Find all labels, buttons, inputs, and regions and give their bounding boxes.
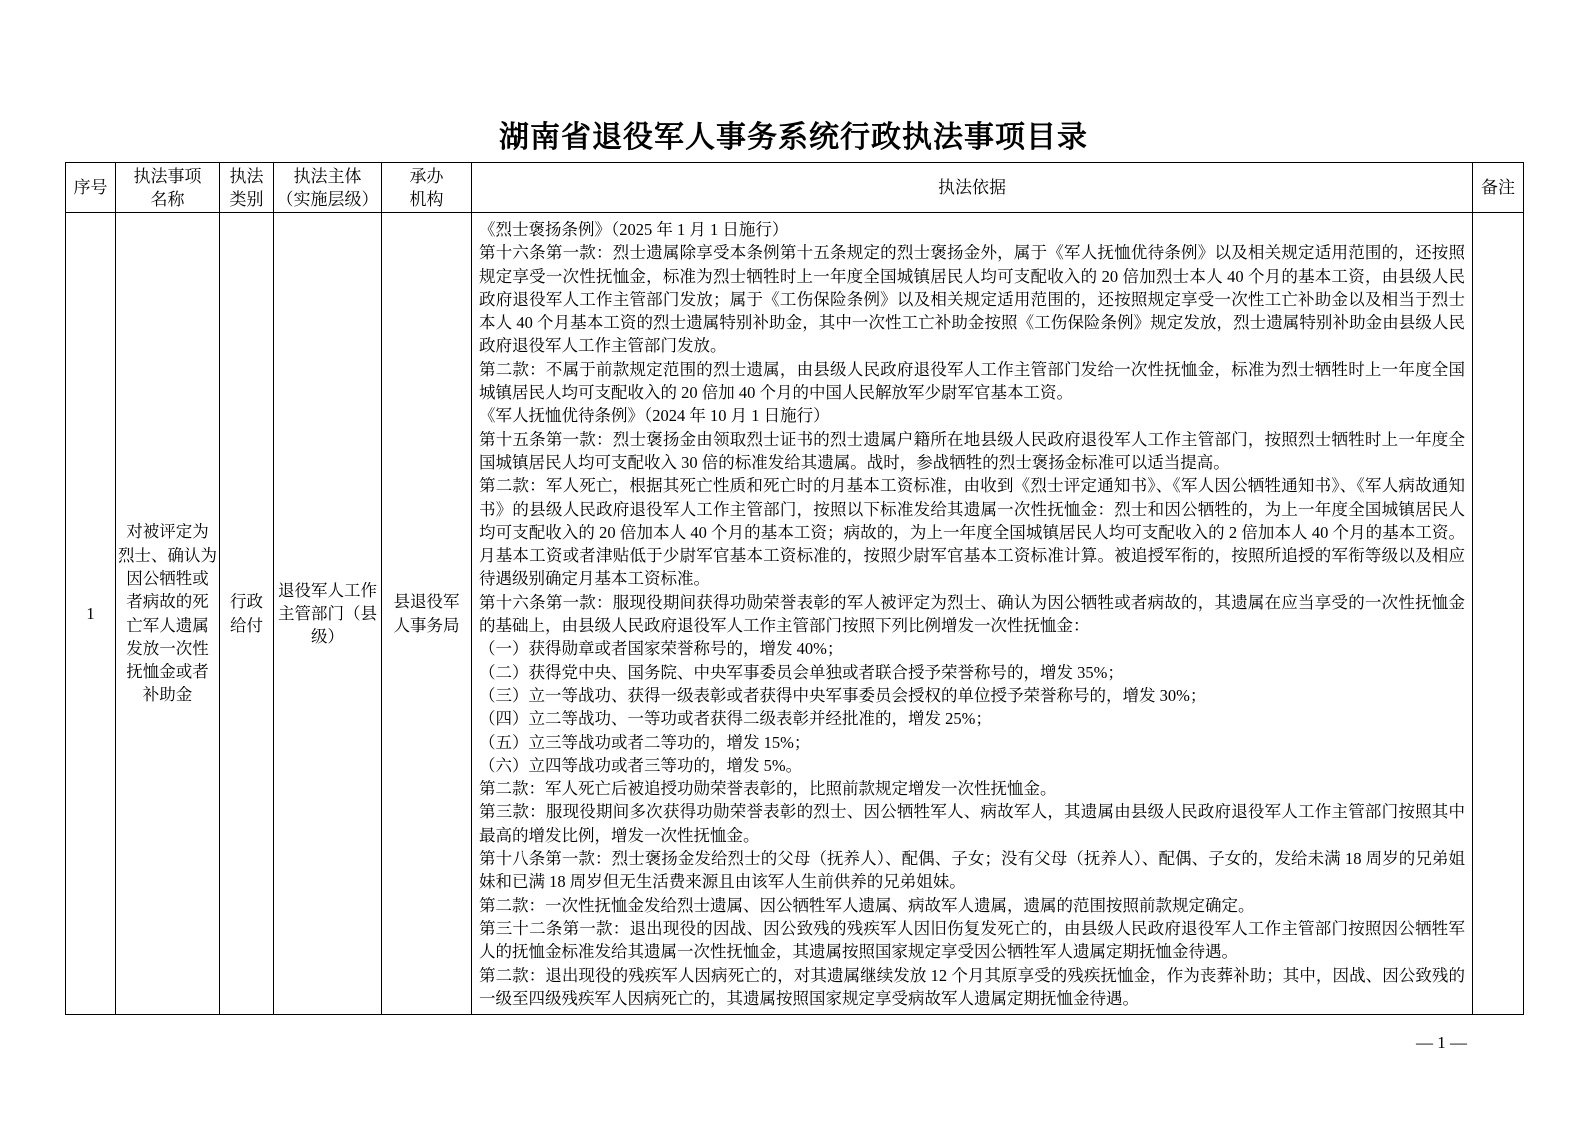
basis-paragraph: （四）立二等战功、一等功或者获得二级表彰并经批准的，增发 25%； xyxy=(479,707,1465,730)
basis-paragraph: 第二款：一次性抚恤金发给烈士遗属、因公牺牲军人遗属、病故军人遗属，遗属的范围按照… xyxy=(479,894,1465,917)
catalog-table: 序号 执法事项 名称 执法 类别 执法主体 （实施层级） 承办 机构 执法依据 … xyxy=(65,162,1524,1015)
basis-paragraph: 第三款：服现役期间多次获得功勋荣誉表彰的烈士、因公牺牲军人、病故军人，其遗属由县… xyxy=(479,800,1465,847)
basis-paragraph: 《军人抚恤优待条例》（2024 年 10 月 1 日施行） xyxy=(479,404,1465,427)
cell-index: 1 xyxy=(66,213,116,1015)
basis-paragraph: 第十六条第一款：烈士遗属除享受本条例第十五条规定的烈士褒扬金外，属于《军人抚恤优… xyxy=(479,241,1465,357)
basis-paragraph: 第三十二条第一款：退出现役的因战、因公致残的残疾军人因旧伤复发死亡的，由县级人民… xyxy=(479,917,1465,964)
document-page: 湖南省退役军人事务系统行政执法事项目录 序号 执法事项 名称 执法 类别 执法主… xyxy=(0,0,1587,1122)
page-title: 湖南省退役军人事务系统行政执法事项目录 xyxy=(0,112,1587,156)
cell-subject: 退役军人工作 主管部门（县 级） xyxy=(274,213,382,1015)
header-agency: 承办 机构 xyxy=(382,163,472,213)
header-item-name: 执法事项 名称 xyxy=(116,163,220,213)
table-row: 1 对被评定为 烈士、确认为 因公牺牲或 者病故的死 亡军人遗属 发放一次性 抚… xyxy=(66,213,1524,1015)
basis-paragraph: 第十八条第一款：烈士褒扬金发给烈士的父母（抚养人）、配偶、子女；没有父母（抚养人… xyxy=(479,847,1465,894)
cell-agency: 县退役军 人事务局 xyxy=(382,213,472,1015)
header-category: 执法 类别 xyxy=(220,163,274,213)
basis-paragraph: 第二款：不属于前款规定范围的烈士遗属，由县级人民政府退役军人工作主管部门发给一次… xyxy=(479,358,1465,405)
basis-paragraph: 第二款：军人死亡，根据其死亡性质和死亡时的月基本工资标准，由收到《烈士评定通知书… xyxy=(479,474,1465,590)
basis-paragraph: 第二款：军人死亡后被追授功勋荣誉表彰的，比照前款规定增发一次性抚恤金。 xyxy=(479,777,1465,800)
page-number: — 1 — xyxy=(1416,1033,1467,1053)
basis-paragraph: 第十五条第一款：烈士褒扬金由领取烈士证书的烈士遗属户籍所在地县级人民政府退役军人… xyxy=(479,428,1465,475)
header-index: 序号 xyxy=(66,163,116,213)
basis-paragraph: （六）立四等战功或者三等功的，增发 5%。 xyxy=(479,754,1465,777)
header-subject: 执法主体 （实施层级） xyxy=(274,163,382,213)
basis-paragraph: （五）立三等战功或者二等功的，增发 15%； xyxy=(479,731,1465,754)
basis-paragraph: 第二款：退出现役的残疾军人因病死亡的，对其遗属继续发放 12 个月其原享受的残疾… xyxy=(479,964,1465,1011)
cell-basis: 《烈士褒扬条例》（2025 年 1 月 1 日施行）第十六条第一款：烈士遗属除享… xyxy=(472,213,1473,1015)
basis-paragraph: 《烈士褒扬条例》（2025 年 1 月 1 日施行） xyxy=(479,218,1465,241)
basis-paragraph: （一）获得勋章或者国家荣誉称号的，增发 40%； xyxy=(479,637,1465,660)
basis-paragraph: （二）获得党中央、国务院、中央军事委员会单独或者联合授予荣誉称号的，增发 35%… xyxy=(479,661,1465,684)
basis-paragraph: 第十六条第一款：服现役期间获得功勋荣誉表彰的军人被评定为烈士、确认为因公牺牲或者… xyxy=(479,591,1465,638)
cell-remark xyxy=(1473,213,1524,1015)
basis-paragraph: （三）立一等战功、获得一级表彰或者获得中央军事委员会授权的单位授予荣誉称号的，增… xyxy=(479,684,1465,707)
header-basis: 执法依据 xyxy=(472,163,1473,213)
header-row: 序号 执法事项 名称 执法 类别 执法主体 （实施层级） 承办 机构 执法依据 … xyxy=(66,163,1524,213)
cell-category: 行政 给付 xyxy=(220,213,274,1015)
cell-item-name: 对被评定为 烈士、确认为 因公牺牲或 者病故的死 亡军人遗属 发放一次性 抚恤金… xyxy=(116,213,220,1015)
header-remark: 备注 xyxy=(1473,163,1524,213)
